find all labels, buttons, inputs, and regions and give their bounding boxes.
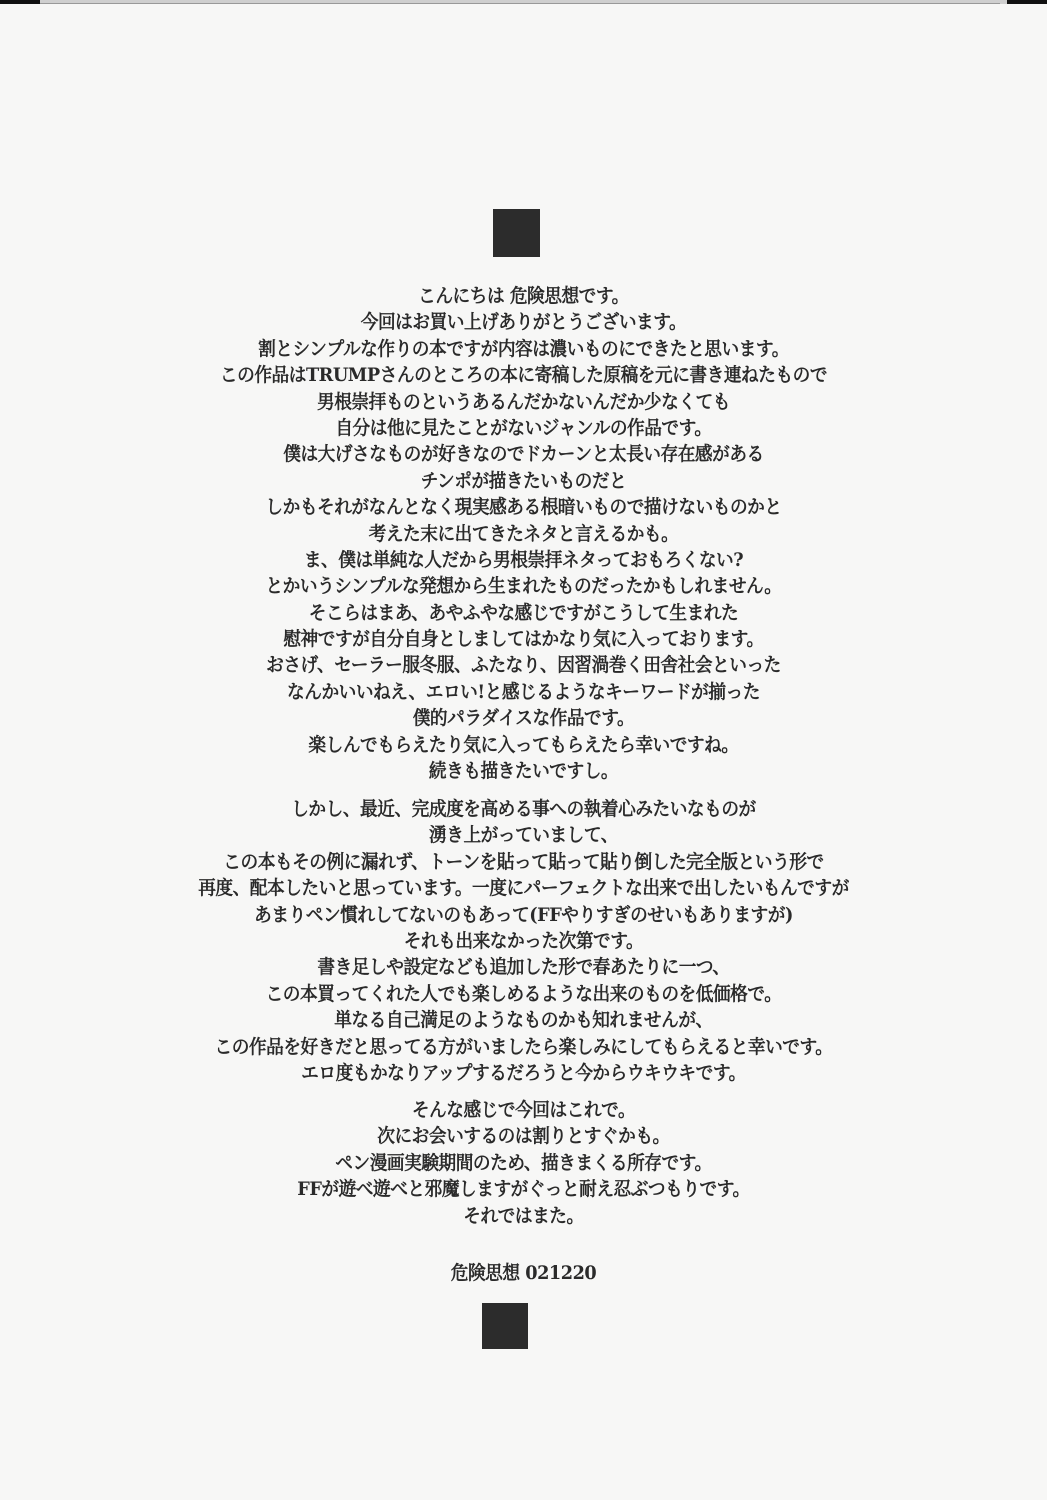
text-line: この本買ってくれた人でも楽しめるような出来のものを低価格で。 — [37, 981, 1011, 1007]
text-line: 再度、配本したいと思っています。一度にパーフェクトな出来で出したいもんですが — [37, 875, 1011, 901]
signature: 危険思想 021220 — [37, 1260, 1011, 1286]
text-line: 慰神ですが自分自身としましてはかなり気に入っております。 — [37, 626, 1011, 652]
text-line: この本もその例に漏れず、トーンを貼って貼って貼り倒した完全版という形で — [37, 849, 1011, 875]
text-line: なんかいいねえ、エロい!と感じるようなキーワードが揃った — [37, 679, 1011, 705]
text-line: チンポが描きたいものだと — [37, 468, 1011, 494]
text-line: しかもそれがなんとなく現実感ある根暗いもので描けないものかと — [37, 494, 1011, 520]
text-line: 続きも描きたいですし。 — [37, 758, 1011, 784]
text-line: しかし、最近、完成度を高める事への執着心みたいなものが — [37, 796, 1011, 822]
text-line: FFが遊べ遊べと邪魔しますがぐっと耐え忍ぶつもりです。 — [37, 1176, 1011, 1202]
text-line: 割とシンプルな作りの本ですが内容は濃いものにできたと思います。 — [37, 336, 1011, 362]
text-line: 考えた末に出てきたネタと言えるかも。 — [37, 521, 1011, 547]
text-line: 楽しんでもらえたり気に入ってもらえたら幸いですね。 — [37, 732, 1011, 758]
text-line: この作品を好きだと思ってる方がいましたら楽しみにしてもらえると幸いです。 — [37, 1034, 1011, 1060]
text-line: ま、僕は単純な人だから男根崇拝ネタっておもろくない? — [37, 547, 1011, 573]
text-line: 単なる自己満足のようなものかも知れませんが、 — [37, 1007, 1011, 1033]
text-line: エロ度もかなりアップするだろうと今からウキウキです。 — [37, 1060, 1011, 1086]
text-line: この作品はTRUMPさんのところの本に寄稿した原稿を元に書き連ねたもので — [37, 362, 1011, 388]
paragraph-2: しかし、最近、完成度を高める事への執着心みたいなものが 湧き上がっていまして、 … — [0, 796, 1047, 1086]
text-line: 書き足しや設定なども追加した形で春あたりに一つ、 — [37, 954, 1011, 980]
text-line: こんにちは 危険思想です。 — [37, 283, 1011, 309]
text-line: そこらはまあ、あやふやな感じですがこうして生まれた — [37, 600, 1011, 626]
paragraph-3: そんな感じで今回はこれで。 次にお会いするのは割りとすぐかも。 ペン漫画実験期間… — [0, 1097, 1047, 1229]
text-line: ペン漫画実験期間のため、描きまくる所存です。 — [37, 1150, 1011, 1176]
text-line: そんな感じで今回はこれで。 — [37, 1097, 1011, 1123]
text-line: 湧き上がっていまして、 — [37, 822, 1011, 848]
text-line: それではまた。 — [37, 1203, 1011, 1229]
square-ornament-bottom — [482, 1303, 528, 1349]
text-line: 自分は他に見たことがないジャンルの作品です。 — [37, 415, 1011, 441]
text-line: おさげ、セーラー服冬服、ふたなり、因習渦巻く田舎社会といった — [37, 652, 1011, 678]
text-line: 僕的パラダイスな作品です。 — [37, 705, 1011, 731]
text-line: とかいうシンプルな発想から生まれたものだったかもしれません。 — [37, 573, 1011, 599]
text-line: あまりペン慣れしてないのもあって(FFやりすぎのせいもありますが) — [37, 902, 1011, 928]
text-line: 今回はお買い上げありがとうございます。 — [37, 309, 1011, 335]
text-line: 次にお会いするのは割りとすぐかも。 — [37, 1123, 1011, 1149]
text-line: 男根崇拝ものというあるんだかないんだか少なくても — [37, 389, 1011, 415]
scan-edge-line — [40, 3, 1000, 4]
paragraph-1: こんにちは 危険思想です。 今回はお買い上げありがとうございます。 割とシンプル… — [0, 283, 1047, 784]
square-ornament-top — [493, 209, 540, 257]
signature-block: 危険思想 021220 — [0, 1260, 1047, 1286]
text-line: それも出来なかった次第です。 — [37, 928, 1011, 954]
text-line: 僕は大げさなものが好きなのでドカーンと太長い存在感がある — [37, 441, 1011, 467]
